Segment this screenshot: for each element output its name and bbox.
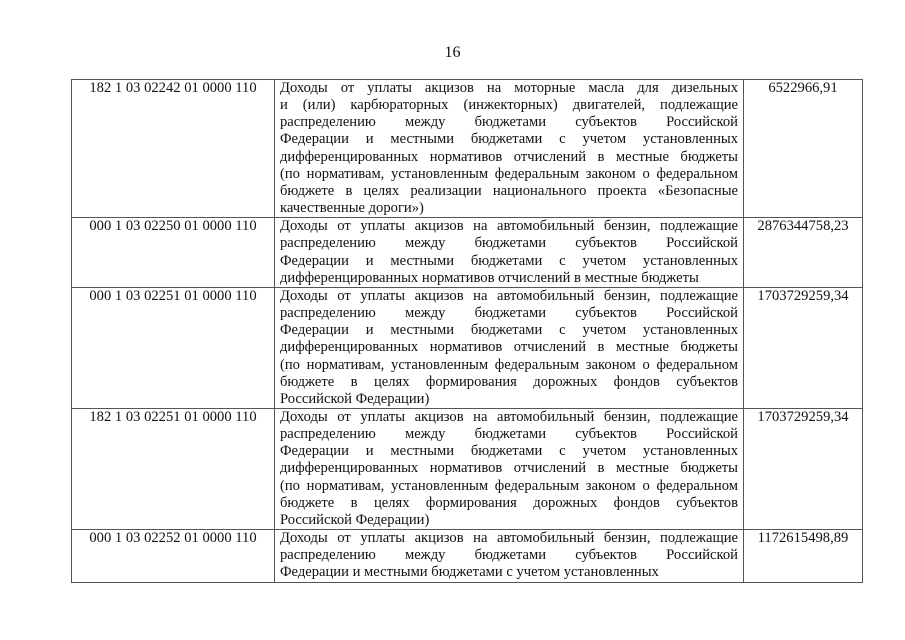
description-line: Доходы от уплаты акцизов на автомобильны… [280,218,738,235]
description-line: распределению между бюджетами субъектов … [280,305,738,322]
table-row: 000 1 03 02251 01 0000 110 Доходы от упл… [72,287,863,408]
description-line: качественные дороги») [280,200,738,217]
revenue-description-cell: Доходы от уплаты акцизов на автомобильны… [275,287,744,408]
revenue-description-cell: Доходы от уплаты акцизов на моторные мас… [275,80,744,218]
description-line: дифференцированных нормативов отчислений… [280,270,738,287]
description-line: дифференцированных нормативов отчислений… [280,460,738,477]
description-line: (по нормативам, установленным федеральны… [280,166,738,183]
revenue-code-cell: 000 1 03 02252 01 0000 110 [72,530,275,582]
description-line: Федерации и местными бюджетами с учетом … [280,564,738,581]
description-line: дифференцированных нормативов отчислений… [280,149,738,166]
table-body: 182 1 03 02242 01 0000 110 Доходы от упл… [72,80,863,583]
revenue-amount-cell: 2876344758,23 [744,218,863,288]
revenue-description-cell: Доходы от уплаты акцизов на автомобильны… [275,408,744,529]
revenue-code-cell: 000 1 03 02250 01 0000 110 [72,218,275,288]
revenue-description-cell: Доходы от уплаты акцизов на автомобильны… [275,530,744,582]
revenue-amount-cell: 1172615498,89 [744,530,863,582]
table-row: 182 1 03 02251 01 0000 110 Доходы от упл… [72,408,863,529]
description-line: распределению между бюджетами субъектов … [280,114,738,131]
description-line: дифференцированных нормативов отчислений… [280,339,738,356]
description-line: бюджете в целях формирования дорожных фо… [280,374,738,391]
revenue-amount-cell: 1703729259,34 [744,287,863,408]
table-row: 000 1 03 02250 01 0000 110 Доходы от упл… [72,218,863,288]
description-line: (по нормативам, установленным федеральны… [280,478,738,495]
revenue-description-cell: Доходы от уплаты акцизов на автомобильны… [275,218,744,288]
table-row: 000 1 03 02252 01 0000 110 Доходы от упл… [72,530,863,582]
description-line: Российской Федерации) [280,391,738,408]
description-line: Доходы от уплаты акцизов на автомобильны… [280,288,738,305]
description-line: распределению между бюджетами субъектов … [280,547,738,564]
description-line: Федерации и местными бюджетами с учетом … [280,131,738,148]
page-number: 16 [0,44,905,62]
description-line: Доходы от уплаты акцизов на автомобильны… [280,409,738,426]
description-line: Доходы от уплаты акцизов на моторные мас… [280,80,738,97]
description-line: распределению между бюджетами субъектов … [280,426,738,443]
revenue-code-cell: 182 1 03 02251 01 0000 110 [72,408,275,529]
table-row: 182 1 03 02242 01 0000 110 Доходы от упл… [72,80,863,218]
revenue-amount-cell: 1703729259,34 [744,408,863,529]
description-line: (по нормативам, установленным федеральны… [280,357,738,374]
description-line: Федерации и местными бюджетами с учетом … [280,443,738,460]
description-line: распределению между бюджетами субъектов … [280,235,738,252]
description-line: Доходы от уплаты акцизов на автомобильны… [280,530,738,547]
description-line: Федерации и местными бюджетами с учетом … [280,322,738,339]
description-line: Федерации и местными бюджетами с учетом … [280,253,738,270]
revenue-code-cell: 182 1 03 02242 01 0000 110 [72,80,275,218]
description-line: и (или) карбюраторных (инжекторных) двиг… [280,97,738,114]
description-line: бюджете в целях формирования дорожных фо… [280,495,738,512]
revenue-code-cell: 000 1 03 02251 01 0000 110 [72,287,275,408]
description-line: бюджете в целях реализации национального… [280,183,738,200]
budget-revenue-table: 182 1 03 02242 01 0000 110 Доходы от упл… [71,79,863,583]
description-line: Российской Федерации) [280,512,738,529]
revenue-amount-cell: 6522966,91 [744,80,863,218]
